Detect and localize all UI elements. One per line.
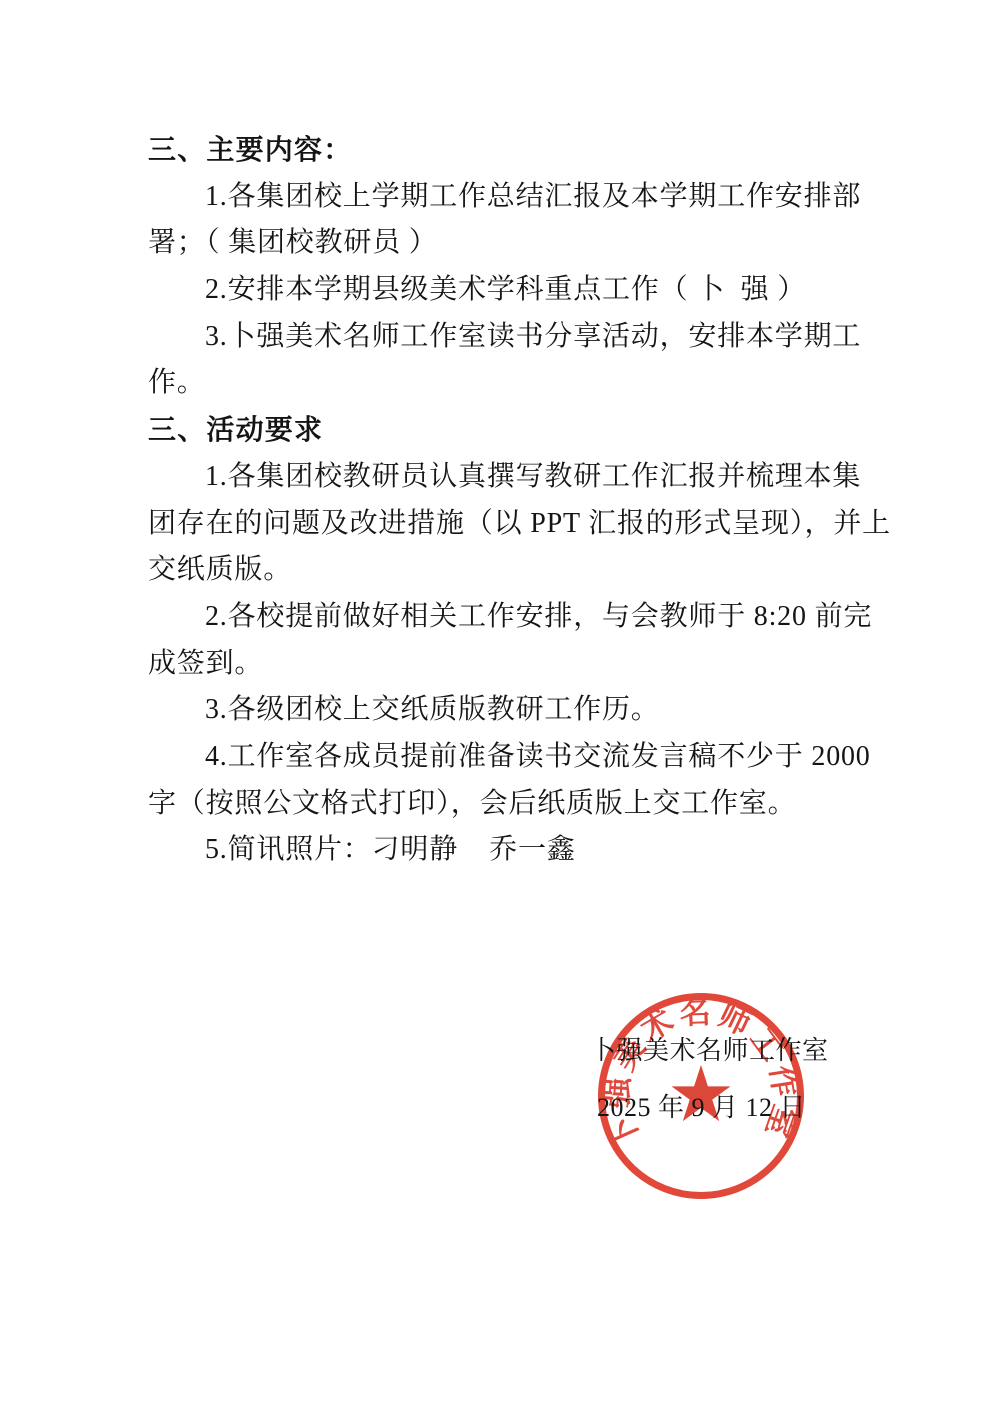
body-line: 2.安排本学期县级美术学科重点工作（ 卜 强 ） [148, 267, 863, 314]
body-line: 1.各集团校教研员认真撰写教研工作汇报并梳理本集 [148, 454, 863, 501]
body-line: 4.工作室各成员提前准备读书交流发言稿不少于 2000 [148, 734, 863, 781]
body-line: 5.简讯照片：刁明静 乔一鑫 [148, 827, 863, 874]
body-line: 作。 [148, 360, 863, 407]
body-line: 3.各级团校上交纸质版教研工作历。 [148, 687, 863, 734]
body-line: 成签到。 [148, 641, 863, 688]
signature-workshop-name: 卜强美术名师工作室 [590, 1027, 829, 1074]
body-line: 2.各校提前做好相关工作安排，与会教师于 8:20 前完 [148, 594, 863, 641]
document-page: 三、主要内容： 1.各集团校上学期工作总结汇报及本学期工作安排部 署；（ 集团校… [0, 0, 1000, 1414]
body-line: 交纸质版。 [148, 547, 863, 594]
body-line: 3.卜强美术名师工作室读书分享活动，安排本学期工 [148, 314, 863, 361]
body-line: 署；（ 集团校教研员 ） [148, 220, 863, 267]
section-heading-main-content: 三、主要内容： [148, 127, 863, 174]
section-heading-activity-requirements: 三、活动要求 [148, 407, 863, 454]
signature-date: 2025 年 9 月 12 日 [597, 1084, 806, 1131]
body-line: 1.各集团校上学期工作总结汇报及本学期工作安排部 [148, 174, 863, 221]
body-line: 字（按照公文格式打印），会后纸质版上交工作室。 [148, 781, 863, 828]
document-body: 三、主要内容： 1.各集团校上学期工作总结汇报及本学期工作安排部 署；（ 集团校… [148, 127, 863, 874]
body-line: 团存在的问题及改进措施（以 PPT 汇报的形式呈现），并上 [148, 501, 863, 548]
